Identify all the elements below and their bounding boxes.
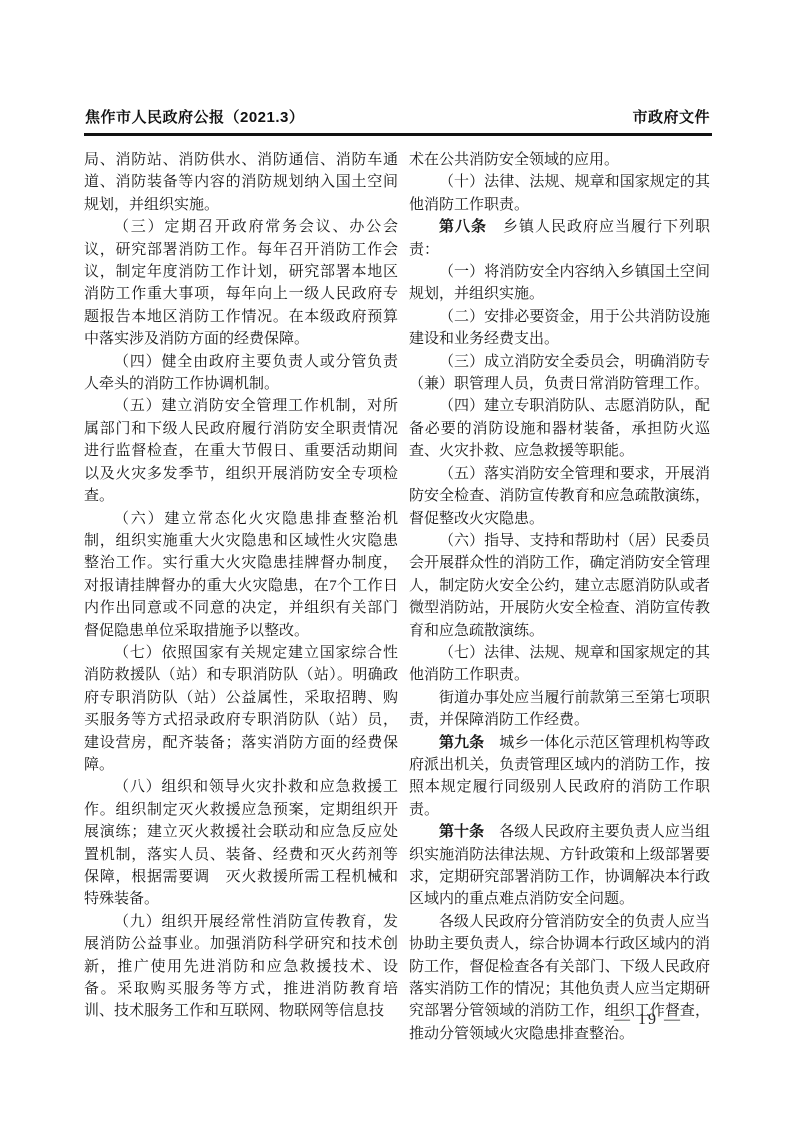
- right-column: 术在公共消防安全领域的应用。（十）法律、法规、规章和国家规定的其他消防工作职责。…: [409, 149, 710, 1045]
- paragraph: （六）指导、支持和帮助村（居）民委员会开展群众性的消防工作，确定消防安全管理人，…: [409, 530, 710, 642]
- content-columns: 局、消防站、消防供水、消防通信、消防车通道、消防装备等内容的消防规划纳入国土空间…: [84, 149, 710, 1045]
- text-run: （三）成立消防安全委员会，明确消防专（兼）职管理人员，负责日常消防管理工作。: [409, 354, 710, 392]
- header-rule: [84, 133, 712, 136]
- text-run: （二）安排必要资金，用于公共消防设施建设和业务经费支出。: [409, 309, 710, 347]
- paragraph: （五）落实消防安全管理和要求，开展消防安全检查、消防宣传教育和应急疏散演练，督促…: [409, 463, 710, 530]
- paragraph: （八）组织和领导火灾扑救和应急救援工作。组织制定灭火救援应急预案，定期组织开展演…: [84, 776, 398, 910]
- header-publication-title: 焦作市人民政府公报（2021.3）: [85, 106, 304, 127]
- paragraph: （四）建立专职消防队、志愿消防队，配备必要的消防设施和器材装备，承担防火巡查、火…: [409, 395, 710, 462]
- paragraph: （四）健全由政府主要负责人或分管负责人牵头的消防工作协调机制。: [84, 351, 398, 396]
- text-run: （十）法律、法规、规章和国家规定的其他消防工作职责。: [409, 174, 710, 212]
- paragraph: （十）法律、法规、规章和国家规定的其他消防工作职责。: [409, 171, 710, 216]
- paragraph: 第九条 城乡一体化示范区管理机构等政府派出机关，负责管理区域内的消防工作，按照本…: [409, 732, 710, 822]
- paragraph: 街道办事处应当履行前款第三至第七项职责，并保障消防工作经费。: [409, 687, 710, 732]
- page-footer: — 19 —: [395, 1011, 696, 1029]
- text-run: 局、消防站、消防供水、消防通信、消防车通道、消防装备等内容的消防规划纳入国土空间…: [84, 152, 398, 213]
- text-run: 街道办事处应当履行前款第三至第七项职责，并保障消防工作经费。: [409, 690, 710, 728]
- article-number: 第十条: [439, 823, 484, 840]
- text-run: （四）健全由政府主要负责人或分管负责人牵头的消防工作协调机制。: [84, 354, 398, 392]
- text-run: （七）法律、法规、规章和国家规定的其他消防工作职责。: [409, 645, 710, 683]
- text-run: 术在公共消防安全领域的应用。: [409, 152, 619, 168]
- article-number: 第九条: [439, 734, 484, 751]
- text-run: （八）组织和领导火灾扑救和应急救援工作。组织制定灭火救援应急预案，定期组织开展演…: [84, 779, 398, 907]
- paragraph: （一）将消防安全内容纳入乡镇国土空间规划，并组织实施。: [409, 261, 710, 306]
- paragraph: 局、消防站、消防供水、消防通信、消防车通道、消防装备等内容的消防规划纳入国土空间…: [84, 149, 398, 216]
- paragraph: （七）依照国家有关规定建立国家综合性消防救援队（站）和专职消防队（站）。明确政府…: [84, 642, 398, 776]
- text-run: （九）组织开展经常性消防宣传教育，发展消防公益事业。加强消防科学研究和技术创新，…: [84, 914, 398, 1020]
- text-run: （七）依照国家有关规定建立国家综合性消防救援队（站）和专职消防队（站）。明确政府…: [84, 645, 398, 773]
- text-run: （一）将消防安全内容纳入乡镇国土空间规划，并组织实施。: [409, 264, 710, 302]
- text-run: （五）落实消防安全管理和要求，开展消防安全检查、消防宣传教育和应急疏散演练，督促…: [409, 466, 710, 527]
- article-number: 第八条: [439, 218, 487, 235]
- paragraph: （二）安排必要资金，用于公共消防设施建设和业务经费支出。: [409, 306, 710, 351]
- text-run: （五）建立消防安全管理工作机制，对所属部门和下级人民政府履行消防安全职责情况进行…: [84, 398, 398, 504]
- paragraph: （五）建立消防安全管理工作机制，对所属部门和下级人民政府履行消防安全职责情况进行…: [84, 395, 398, 507]
- text-run: （六）建立常态化火灾隐患排查整治机制，组织实施重大火灾隐患和区域性火灾隐患整治工…: [84, 511, 398, 639]
- text-run: （三）定期召开政府常务会议、办公会议，研究部署消防工作。每年召开消防工作会议，制…: [84, 219, 398, 347]
- page-number: — 19 —: [614, 1011, 682, 1028]
- paragraph: （六）建立常态化火灾隐患排查整治机制，组织实施重大火灾隐患和区域性火灾隐患整治工…: [84, 508, 398, 642]
- header-section-label: 市政府文件: [632, 106, 710, 127]
- text-run: （四）建立专职消防队、志愿消防队，配备必要的消防设施和器材装备，承担防火巡查、火…: [409, 398, 710, 459]
- text-run: （六）指导、支持和帮助村（居）民委员会开展群众性的消防工作，确定消防安全管理人，…: [409, 533, 710, 639]
- gazette-page: 焦作市人民政府公报（2021.3） 市政府文件 局、消防站、消防供水、消防通信、…: [0, 0, 793, 1122]
- paragraph: 第八条 乡镇人民政府应当履行下列职责：: [409, 216, 710, 261]
- left-column: 局、消防站、消防供水、消防通信、消防车通道、消防装备等内容的消防规划纳入国土空间…: [84, 149, 398, 1045]
- paragraph: 术在公共消防安全领域的应用。: [409, 149, 710, 171]
- paragraph: （三）成立消防安全委员会，明确消防专（兼）职管理人员，负责日常消防管理工作。: [409, 351, 710, 396]
- page-header: 焦作市人民政府公报（2021.3） 市政府文件: [85, 106, 710, 127]
- paragraph: （三）定期召开政府常务会议、办公会议，研究部署消防工作。每年召开消防工作会议，制…: [84, 216, 398, 350]
- paragraph: （七）法律、法规、规章和国家规定的其他消防工作职责。: [409, 642, 710, 687]
- paragraph: （九）组织开展经常性消防宣传教育，发展消防公益事业。加强消防科学研究和技术创新，…: [84, 911, 398, 1023]
- paragraph: 第十条 各级人民政府主要负责人应当组织实施消防法律法规、方针政策和上级部署要求，…: [409, 821, 710, 911]
